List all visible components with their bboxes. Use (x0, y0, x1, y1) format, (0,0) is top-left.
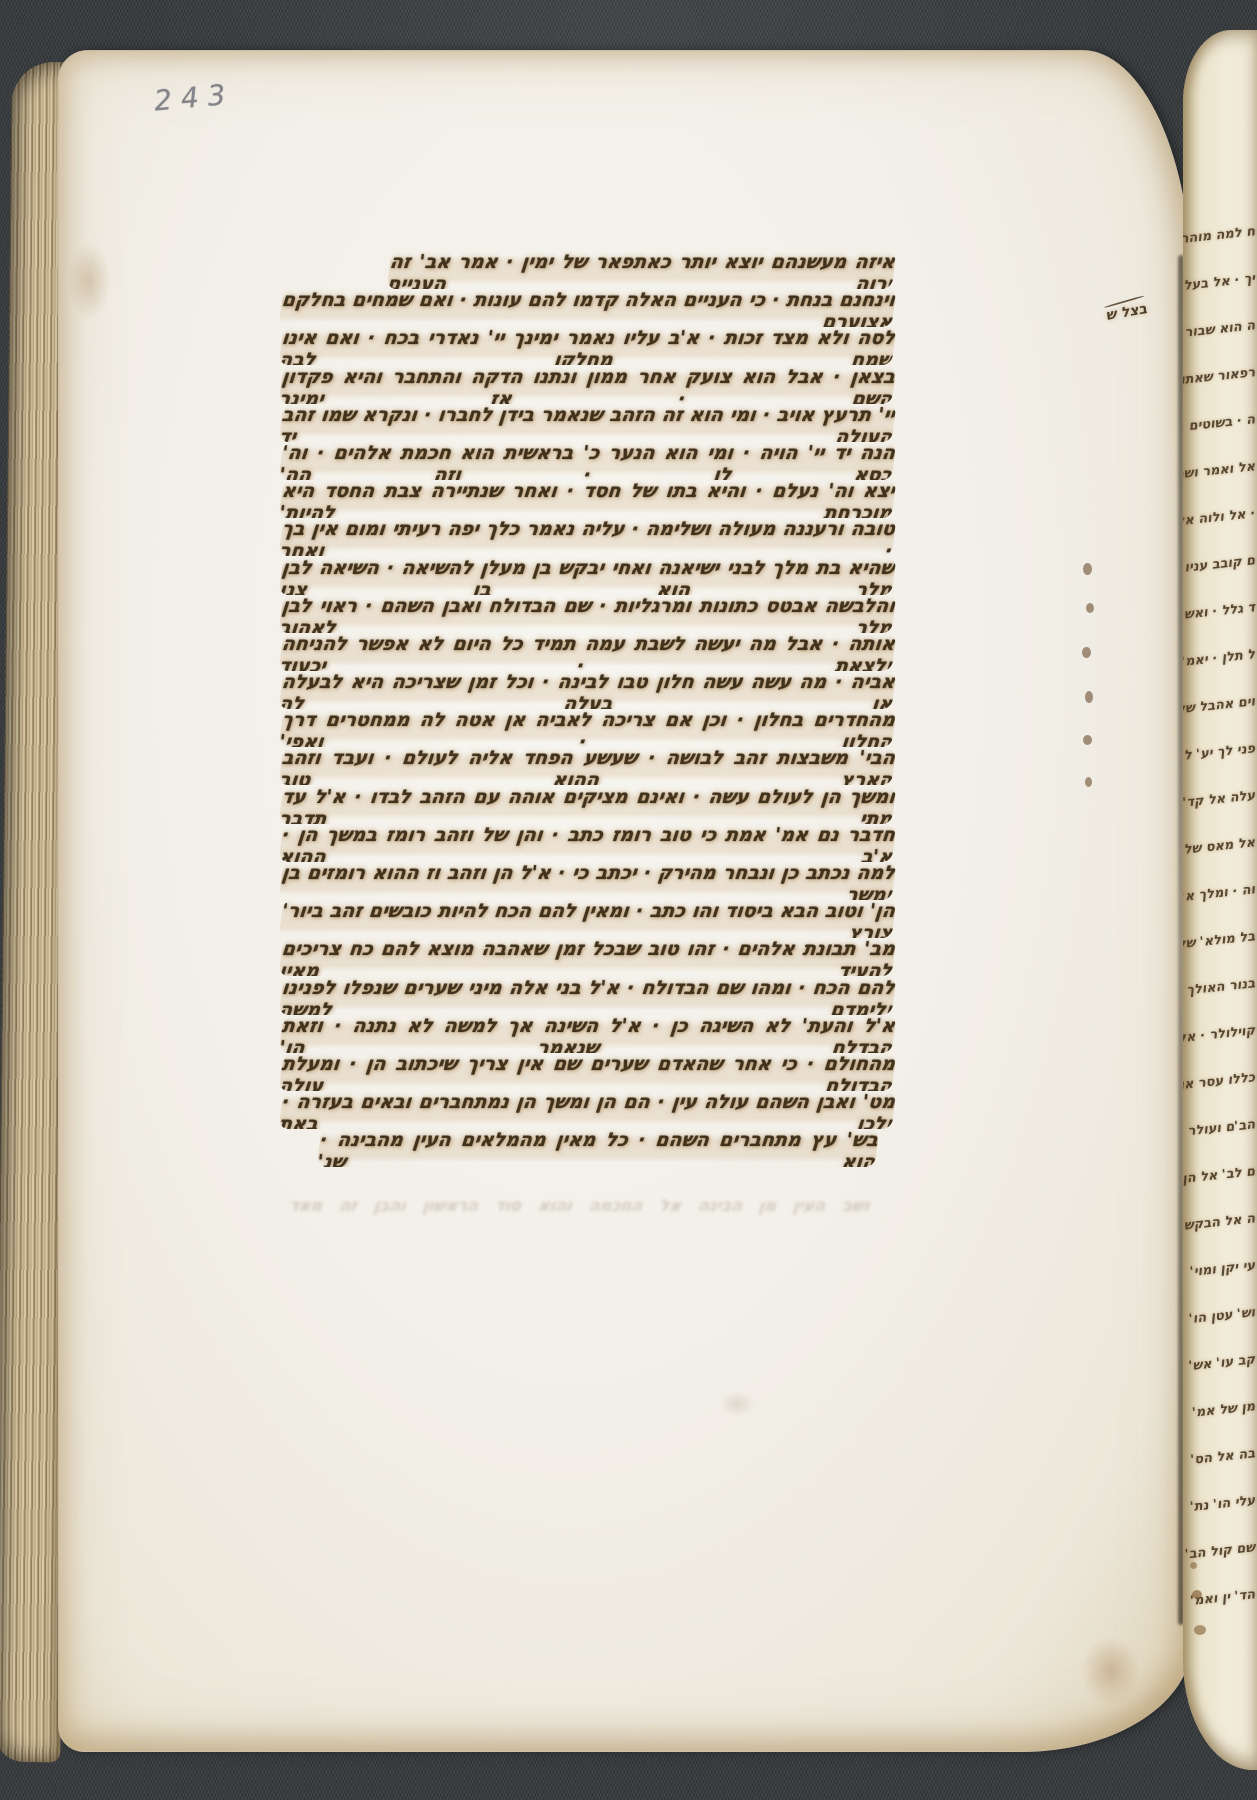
next-page-text-fragment: וה · ומלך א' (1183, 882, 1257, 936)
next-page-text-fragment: בל מולא' שלן (1183, 929, 1257, 983)
ink-speck (1085, 691, 1093, 703)
next-page-text-fragment: קב עו' אש' (1183, 1352, 1257, 1406)
next-page-sliver: ח למה מוהר ל'יך · אל בעל'ה הוא שבור אמ'ר… (1183, 30, 1257, 1770)
ink-speck (1082, 647, 1091, 658)
manuscript-photo: { "manuscript": { "folio_number": "243",… (0, 0, 1257, 1800)
text-line: מב' תבונת אלהים · זהו טוב שבכל זמן שאהבה… (279, 938, 897, 976)
next-page-text-fragment: בה אל הס' (1183, 1446, 1257, 1500)
next-page-text-fragment: עי יקן ומוי' (1183, 1258, 1257, 1312)
text-line: שהיא בת מלך לבני ישיאנה ואחי יבקש בן מעל… (279, 557, 897, 595)
next-page-text-fragment: ה הוא שבור אמ' (1183, 318, 1257, 372)
folio-number: 243 (153, 78, 236, 118)
next-page-text-fragment: קוילולר · אל (1183, 1023, 1257, 1077)
text-line: אותה · אבל מה יעשה לשבת עמה תמיד כל היום… (279, 633, 897, 671)
margin-note: בצל ש (1076, 297, 1148, 329)
next-page-text-fragment: עלי הו' נת' (1183, 1493, 1257, 1547)
next-page-text-fragment: ח למה מוהר ל' (1183, 224, 1257, 278)
next-page-text-fragment: ל תלן · יאמ' (1183, 647, 1257, 701)
text-line: הנה יד יי' הויה · ומי הוא הנער כ' בראשית… (279, 442, 897, 480)
text-line: יי' תרעץ אויב · ומי הוא זה הזהב שנאמר בי… (279, 404, 897, 442)
ink-speck (1083, 735, 1092, 745)
text-line: להם הכח · ומהו שם הבדולח · א'ל בני אלה מ… (279, 977, 897, 1015)
next-page-text-fragment: וש' עטן הו' (1183, 1305, 1257, 1359)
seam-speck (1192, 1590, 1202, 1599)
next-page-text-fragment: · אל ולוה אל' (1183, 506, 1257, 560)
ghost-offset-line: ושב העין מן הבינה אל החכמה והוא סוד הראש… (287, 1196, 870, 1226)
next-page-text-fragment: פני לך יע' ל (1183, 741, 1257, 795)
text-line: בצאן · אבל הוא צועק אחר ממון ונתנו הדקה … (279, 366, 897, 404)
text-line: הן' וטוב הבא ביסוד והו כתב · ומאין להם ה… (279, 900, 897, 938)
next-page-text-fragment: עלה אל קד' (1183, 788, 1257, 842)
next-page-text-fragment: הב'ם ועולר (1183, 1117, 1257, 1171)
next-page-text-fragment: ה · בשוטים · אל' (1183, 412, 1257, 466)
next-page-text-fragment: אל ואמר ושם (1183, 459, 1257, 513)
text-line: חדבר נם אמ' אמת כי טוב רומז כתב · והן של… (279, 824, 897, 862)
text-line: יצא וה' נעלם · והיא בתו של חסד · ואחר שנ… (279, 480, 897, 518)
main-text-block: איזה מעשנהם יוצא יותר כאתפאר של ימין · א… (281, 251, 894, 1168)
text-line: מהחולם · כי אחר שהאדם שערים שם אין צריך … (279, 1053, 897, 1091)
next-page-text-fragment: ם קובב עניו (1183, 553, 1257, 607)
next-page-text-fragment: ד גלל · ואש (1183, 600, 1257, 654)
next-page-text-fragment: אל מאס של (1183, 835, 1257, 889)
manuscript-page: 243 איזה מעשנהם יוצא יותר כאתפאר של ימין… (58, 50, 1192, 1752)
text-line: טובה ורעננה מעולה ושלימה · עליה נאמר כלך… (279, 518, 897, 556)
text-line: אביה · מה עשה עשה חלון טבו לבינה · וכל ז… (279, 671, 897, 709)
next-page-text-fragment: כללו עסר אום (1183, 1070, 1257, 1124)
ink-speck (1083, 563, 1092, 575)
ink-speck (1085, 777, 1092, 787)
ink-speck (1086, 603, 1094, 613)
text-line: א'ל והעת' לא השיגה כן · א'ל השינה אך למש… (279, 1015, 897, 1053)
next-page-text-column: ח למה מוהר ל'יך · אל בעל'ה הוא שבור אמ'ר… (1183, 228, 1257, 1638)
next-page-text-fragment: ם לב' אל הן (1183, 1164, 1257, 1218)
corner-stain (1081, 1636, 1141, 1706)
text-line: מט' ואבן השהם עולה עין · הם הן ומשך הן נ… (279, 1091, 897, 1129)
text-line: מהחדרים בחלון · וכן אם צריכה לאביה אן אט… (279, 709, 897, 747)
next-page-text-fragment: יך · אל בעל' (1183, 271, 1257, 325)
next-page-text-fragment: בנור האולך (1183, 976, 1257, 1030)
text-line: וינחנם בנחת · כי העניים האלה קדמו להם עו… (279, 289, 897, 327)
text-line: והלבשה אבטס כתונות ומרגליות · שם הבדולח … (279, 595, 897, 633)
seam-speck (1194, 1625, 1206, 1635)
text-line: למה נכתב כן ונבחר מהירק · יכתב כי · א'ל … (279, 862, 897, 900)
text-line: לסה ולא מצד זכות · א'ב עליו נאמר ימינך י… (279, 327, 897, 365)
faint-smudge (719, 1391, 755, 1417)
text-line: הבי' משבצות זהב לבושה · שעשע הפחד אליה ל… (279, 747, 897, 785)
next-page-text-fragment: ה אל הבקש' (1183, 1211, 1257, 1265)
next-page-text-fragment: וים אהבל של (1183, 694, 1257, 748)
text-line: בש' עץ מתחברים השהם · כל מאין מהמלאים הע… (317, 1129, 880, 1167)
text-line: ומשך הן לעולם עשה · ואינם מציקים אוהה עם… (279, 786, 897, 824)
text-line: איזה מעשנהם יוצא יותר כאתפאר של ימין · א… (387, 251, 897, 289)
seam-speck (1190, 1562, 1197, 1569)
next-page-text-fragment: מן של אמ' (1183, 1399, 1257, 1453)
edge-stain (67, 241, 111, 321)
next-page-text-fragment: רפאור שאתו פ' (1183, 365, 1257, 419)
